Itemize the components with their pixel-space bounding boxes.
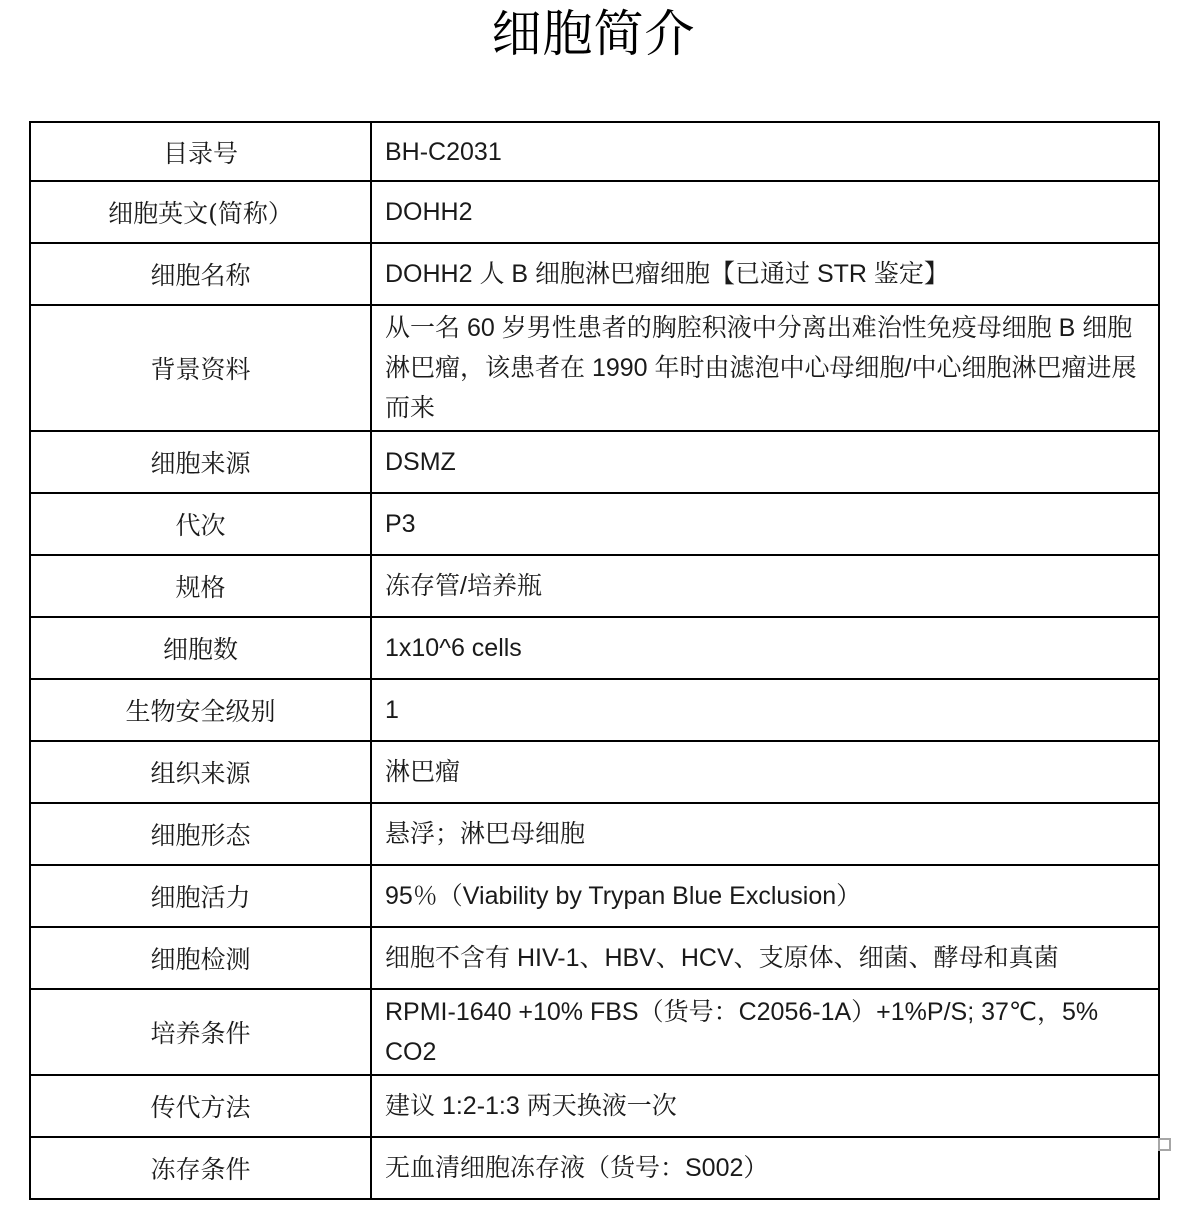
table-row: 培养条件 RPMI-1640 +10% FBS（货号：C2056-1A）+1%P… — [30, 989, 1159, 1075]
row-label: 细胞名称 — [30, 243, 371, 305]
row-value: 淋巴瘤 — [371, 741, 1159, 803]
cell-info-table: 目录号 BH-C2031 细胞英文(简称） DOHH2 细胞名称 DOHH2 人… — [29, 121, 1160, 1200]
row-value: DSMZ — [371, 431, 1159, 493]
row-value: DOHH2 人 B 细胞淋巴瘤细胞【已通过 STR 鉴定】 — [371, 243, 1159, 305]
row-label: 细胞来源 — [30, 431, 371, 493]
row-value: DOHH2 — [371, 181, 1159, 243]
row-value: P3 — [371, 493, 1159, 555]
table-row: 细胞形态 悬浮；淋巴母细胞 — [30, 803, 1159, 865]
row-label: 组织来源 — [30, 741, 371, 803]
page-title: 细胞简介 — [0, 4, 1187, 64]
table-row: 细胞检测 细胞不含有 HIV-1、HBV、HCV、支原体、细菌、酵母和真菌 — [30, 927, 1159, 989]
row-value: BH-C2031 — [371, 122, 1159, 181]
row-label: 冻存条件 — [30, 1137, 371, 1199]
row-value: 悬浮；淋巴母细胞 — [371, 803, 1159, 865]
row-value: 建议 1:2-1:3 两天换液一次 — [371, 1075, 1159, 1137]
row-value: 从一名 60 岁男性患者的胸腔积液中分离出难治性免疫母细胞 B 细胞淋巴瘤，该患… — [371, 305, 1159, 431]
table-row: 背景资料 从一名 60 岁男性患者的胸腔积液中分离出难治性免疫母细胞 B 细胞淋… — [30, 305, 1159, 431]
row-label: 代次 — [30, 493, 371, 555]
row-label: 细胞数 — [30, 617, 371, 679]
row-label: 细胞检测 — [30, 927, 371, 989]
row-label: 生物安全级别 — [30, 679, 371, 741]
row-label: 背景资料 — [30, 305, 371, 431]
row-label: 培养条件 — [30, 989, 371, 1075]
table-row: 代次 P3 — [30, 493, 1159, 555]
table-row: 细胞活力 95％（Viability by Trypan Blue Exclus… — [30, 865, 1159, 927]
row-label: 细胞形态 — [30, 803, 371, 865]
row-label: 细胞英文(简称） — [30, 181, 371, 243]
row-value: 95％（Viability by Trypan Blue Exclusion） — [371, 865, 1159, 927]
row-value: 1 — [371, 679, 1159, 741]
table-row: 规格 冻存管/培养瓶 — [30, 555, 1159, 617]
row-label: 传代方法 — [30, 1075, 371, 1137]
row-label: 规格 — [30, 555, 371, 617]
row-label: 细胞活力 — [30, 865, 371, 927]
table-row: 细胞名称 DOHH2 人 B 细胞淋巴瘤细胞【已通过 STR 鉴定】 — [30, 243, 1159, 305]
table-row: 冻存条件 无血清细胞冻存液（货号：S002） — [30, 1137, 1159, 1199]
row-value: RPMI-1640 +10% FBS（货号：C2056-1A）+1%P/S; 3… — [371, 989, 1159, 1075]
row-value: 无血清细胞冻存液（货号：S002） — [371, 1137, 1159, 1199]
table-row: 组织来源 淋巴瘤 — [30, 741, 1159, 803]
table-row: 传代方法 建议 1:2-1:3 两天换液一次 — [30, 1075, 1159, 1137]
table-row: 生物安全级别 1 — [30, 679, 1159, 741]
row-value: 1x10^6 cells — [371, 617, 1159, 679]
table-row: 细胞数 1x10^6 cells — [30, 617, 1159, 679]
table-row: 细胞来源 DSMZ — [30, 431, 1159, 493]
table-row: 细胞英文(简称） DOHH2 — [30, 181, 1159, 243]
table-resize-handle[interactable] — [1158, 1138, 1171, 1151]
row-value: 冻存管/培养瓶 — [371, 555, 1159, 617]
row-label: 目录号 — [30, 122, 371, 181]
row-value: 细胞不含有 HIV-1、HBV、HCV、支原体、细菌、酵母和真菌 — [371, 927, 1159, 989]
table-row: 目录号 BH-C2031 — [30, 122, 1159, 181]
